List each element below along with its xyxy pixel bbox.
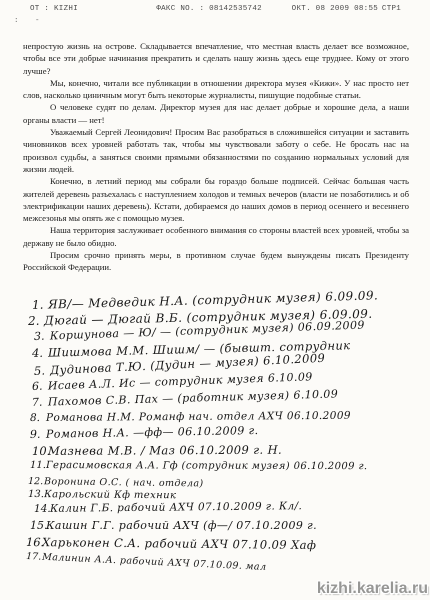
letter-paragraph: Наша территория заслуживает особенного в… <box>23 224 409 249</box>
signature-line: 14.Калин Г.Б. рабочий АХЧ 07.10.2009 г. … <box>34 499 422 519</box>
signature-text: Харьконен С.А. рабочий АХЧ 07.10.09 Хаф <box>42 535 316 552</box>
signature-text: Кашин Г.Г. рабочий АХЧ (ф—/ 07.10.2009 г… <box>46 519 317 532</box>
signature-number: 10. <box>32 444 48 458</box>
signature-line: 10.Мазнева М.В. / Маз 06.10.2009 г. Н. <box>32 442 422 460</box>
letter-paragraph: Мы, конечно, читали все публикации в отн… <box>23 77 409 102</box>
fax-header: ОТ : KIZHI ФАКС NO. : 08142535742 ОКТ. 0… <box>0 5 430 13</box>
signature-number: 2. <box>28 314 44 328</box>
signature-number: 14. <box>34 503 50 515</box>
letter-paragraph: Конечно, в летний период мы собрали бы г… <box>23 175 409 224</box>
signature-number: 11. <box>30 460 46 471</box>
signature-number: 1. <box>32 298 48 312</box>
fax-page-number: СТР1 <box>382 5 418 13</box>
fax-page: ОТ : KIZHI ФАКС NO. : 08142535742 ОКТ. 0… <box>0 0 430 600</box>
signature-text: Герасимовская А.А. Гф (сотрудник музея) … <box>46 460 368 472</box>
signature-number: 5. <box>34 363 51 378</box>
signature-text: Карольский Кф техник <box>44 489 176 501</box>
signature-number: 16. <box>26 535 42 549</box>
signature-text: Романов Н.А. —фф— 06.10.2009 г. <box>46 424 259 441</box>
letter-paragraph: непростую жизнь на острове. Складывается… <box>23 40 409 77</box>
site-watermark: kizhi.karelia.ru <box>317 580 428 598</box>
signature-line: 11.Герасимовская А.А. Гф (сотрудник музе… <box>30 460 422 477</box>
signature-text: Воронина О.С. ( нач. отдела) <box>44 476 204 489</box>
signature-text: Малинин А.А. рабочий АХЧ 07.10.09. мал <box>42 552 267 573</box>
signature-text: Калин Г.Б. рабочий АХЧ 07.10.2009 г. Кл/… <box>50 500 302 515</box>
signature-number: 13. <box>28 489 44 500</box>
signature-number: 9. <box>30 428 46 441</box>
signature-number: 15. <box>30 519 46 532</box>
signature-number: 17. <box>26 551 42 563</box>
signature-number: 8. <box>30 412 46 424</box>
letter-paragraph: Просим срочно принять меры, в противном … <box>23 249 409 274</box>
signature-number: 4. <box>32 346 48 360</box>
signature-number: 6. <box>32 379 48 393</box>
fax-subheader-mark: : - <box>14 17 46 25</box>
signature-text: Романова Н.М. Романф нач. отдел АХЧ 06.1… <box>46 410 351 424</box>
letter-paragraph: Уважаемый Сергей Леонидович! Просим Вас … <box>23 126 409 175</box>
signature-line: 15.Кашин Г.Г. рабочий АХЧ (ф—/ 07.10.200… <box>30 519 422 535</box>
fax-sender: ОТ : KIZHI <box>30 5 156 13</box>
fax-datetime: ОКТ. 08 2009 08:55 <box>292 5 382 13</box>
fax-number: ФАКС NO. : 08142535742 <box>156 5 291 13</box>
letter-paragraph: О человеке судят по делам. Директор музе… <box>23 101 409 126</box>
signature-line: 16.Харьконен С.А. рабочий АХЧ 07.10.09 Х… <box>26 535 422 555</box>
signature-number: 12. <box>28 476 44 487</box>
signature-number: 7. <box>32 396 48 409</box>
letter-body: непростую жизнь на острове. Складывается… <box>23 40 409 274</box>
signature-number: 3. <box>34 329 50 343</box>
signature-list: 1.ЯВ/— Медведик Н.А. (сотрудник музея) 6… <box>26 298 422 567</box>
signature-text: Мазнева М.В. / Маз 06.10.2009 г. Н. <box>48 443 282 458</box>
